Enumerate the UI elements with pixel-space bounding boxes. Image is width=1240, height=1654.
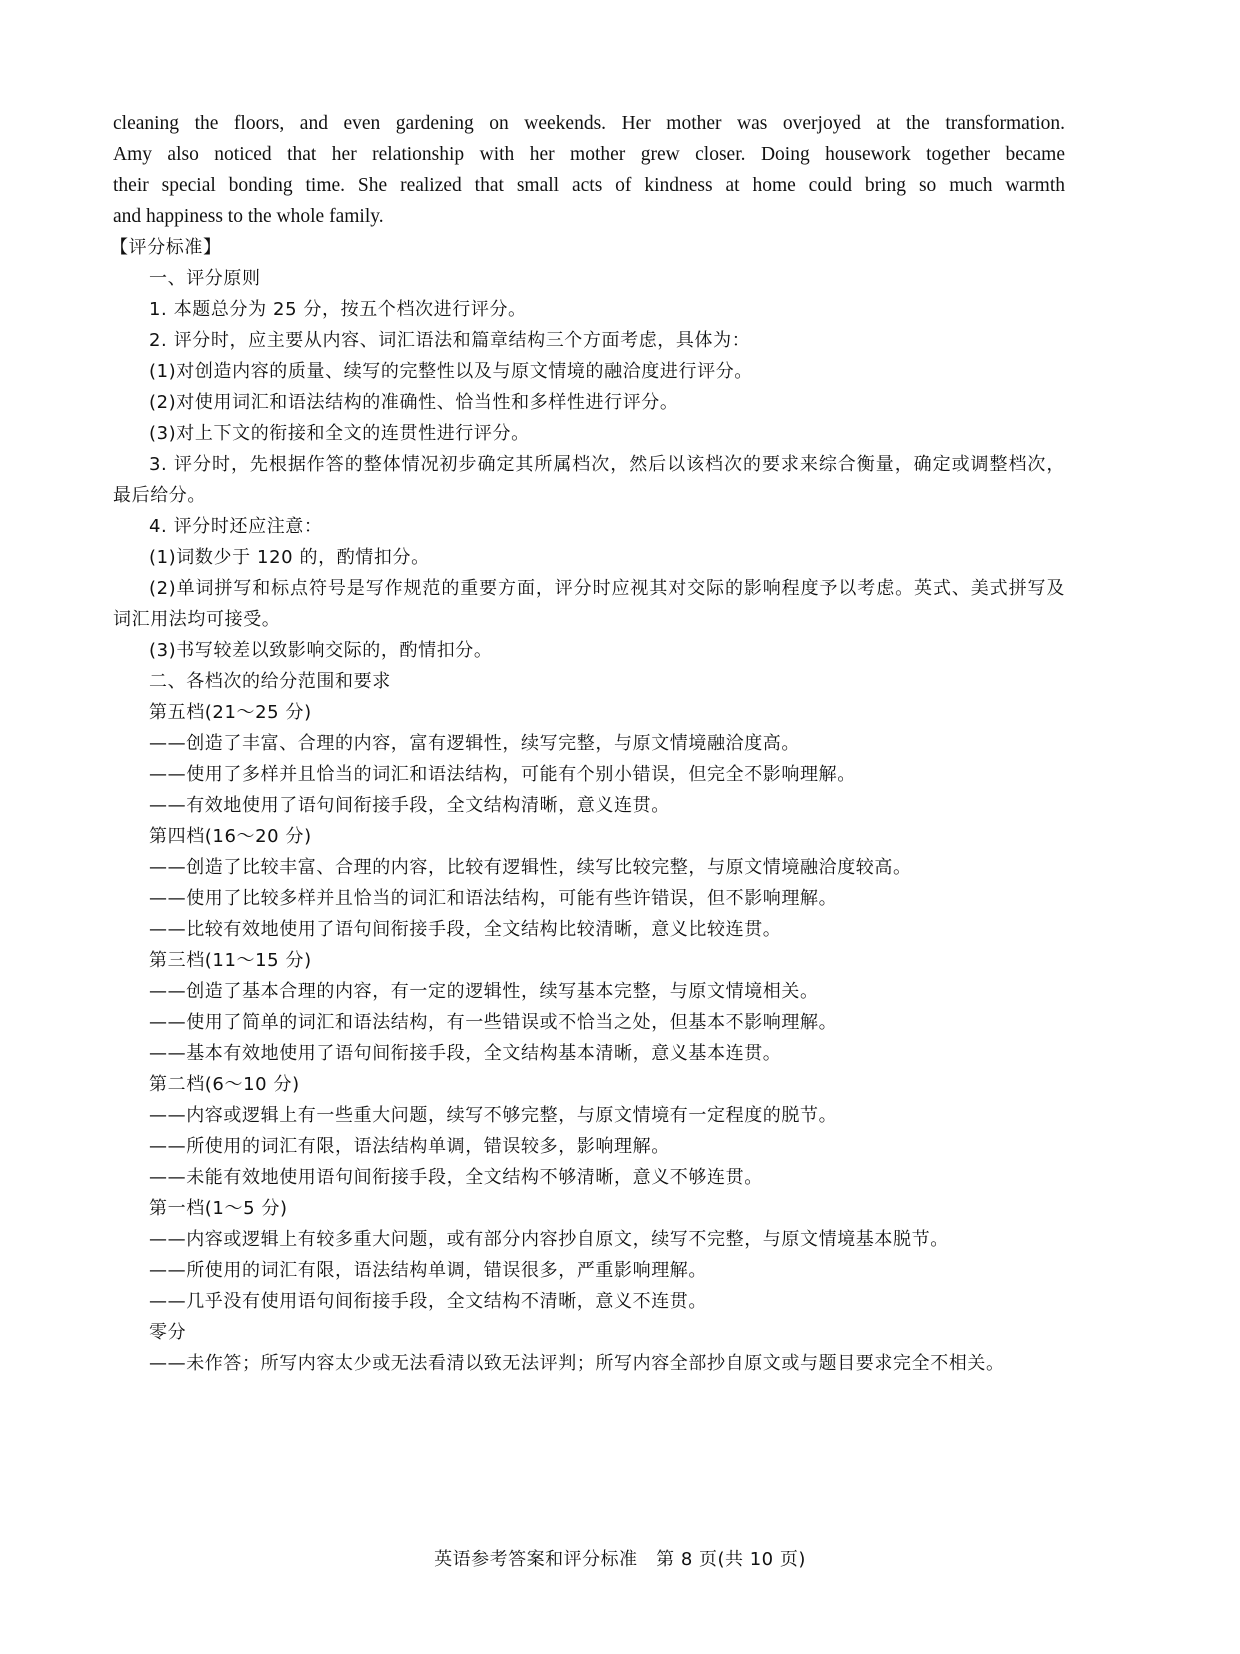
band-label: 第四档(16～20 分) — [113, 821, 1065, 852]
essay-line: and happiness to the whole family. — [113, 201, 1065, 232]
band-4: 第四档(16～20 分) ——创造了比较丰富、合理的内容，比较有逻辑性，续写比较… — [113, 821, 1065, 945]
band-label: 第五档(21～25 分) — [113, 697, 1065, 728]
band-criterion: ——内容或逻辑上有较多重大问题，或有部分内容抄自原文，续写不完整，与原文情境基本… — [113, 1224, 1065, 1255]
principle-item-1: 1. 本题总分为 25 分，按五个档次进行评分。 — [113, 294, 1065, 325]
band-label: 第三档(11～15 分) — [113, 945, 1065, 976]
band-criterion: ——使用了简单的词汇和语法结构，有一些错误或不恰当之处，但基本不影响理解。 — [113, 1007, 1065, 1038]
essay-paragraph: cleaning the floors, and even gardening … — [113, 108, 1065, 232]
page-footer: 英语参考答案和评分标准 第 8 页(共 10 页) — [0, 1545, 1240, 1571]
principle-item-2: 2. 评分时，应主要从内容、词汇语法和篇章结构三个方面考虑，具体为： — [113, 325, 1065, 356]
essay-line: their special bonding time. She realized… — [113, 170, 1065, 201]
band-label: 第一档(1～5 分) — [113, 1193, 1065, 1224]
band-3: 第三档(11～15 分) ——创造了基本合理的内容，有一定的逻辑性，续写基本完整… — [113, 945, 1065, 1069]
section1-heading: 一、评分原则 — [113, 263, 1065, 294]
band-zero: 零分 ——未作答；所写内容太少或无法看清以致无法评判；所写内容全部抄自原文或与题… — [113, 1317, 1065, 1379]
band-criterion: ——创造了丰富、合理的内容，富有逻辑性，续写完整，与原文情境融洽度高。 — [113, 728, 1065, 759]
principle-item-4-sub: (2)单词拼写和标点符号是写作规范的重要方面，评分时应视其对交际的影响程度予以考… — [113, 573, 1065, 635]
band-criterion: ——所使用的词汇有限，语法结构单调，错误较多，影响理解。 — [113, 1131, 1065, 1162]
principle-item-2-sub: (1)对创造内容的质量、续写的完整性以及与原文情境的融洽度进行评分。 — [113, 356, 1065, 387]
band-label: 零分 — [113, 1317, 1065, 1348]
band-criterion: ——创造了比较丰富、合理的内容，比较有逻辑性，续写比较完整，与原文情境融洽度较高… — [113, 852, 1065, 883]
principle-item-4-sub: (1)词数少于 120 的，酌情扣分。 — [113, 542, 1065, 573]
band-criterion: ——内容或逻辑上有一些重大问题，续写不够完整，与原文情境有一定程度的脱节。 — [113, 1100, 1065, 1131]
band-criterion: ——基本有效地使用了语句间衔接手段，全文结构基本清晰，意义基本连贯。 — [113, 1038, 1065, 1069]
band-criterion: ——创造了基本合理的内容，有一定的逻辑性，续写基本完整，与原文情境相关。 — [113, 976, 1065, 1007]
band-1: 第一档(1～5 分) ——内容或逻辑上有较多重大问题，或有部分内容抄自原文，续写… — [113, 1193, 1065, 1317]
band-label: 第二档(6～10 分) — [113, 1069, 1065, 1100]
essay-line: Amy also noticed that her relationship w… — [113, 139, 1065, 170]
band-criterion: ——未能有效地使用语句间衔接手段，全文结构不够清晰，意义不够连贯。 — [113, 1162, 1065, 1193]
band-criterion: ——所使用的词汇有限，语法结构单调，错误很多，严重影响理解。 — [113, 1255, 1065, 1286]
document-page: cleaning the floors, and even gardening … — [113, 108, 1065, 1379]
essay-line: cleaning the floors, and even gardening … — [113, 108, 1065, 139]
band-criterion: ——使用了多样并且恰当的词汇和语法结构，可能有个别小错误，但完全不影响理解。 — [113, 759, 1065, 790]
band-criterion: ——未作答；所写内容太少或无法看清以致无法评判；所写内容全部抄自原文或与题目要求… — [113, 1348, 1065, 1379]
principle-item-4: 4. 评分时还应注意： — [113, 511, 1065, 542]
band-criterion: ——几乎没有使用语句间衔接手段，全文结构不清晰，意义不连贯。 — [113, 1286, 1065, 1317]
section2-heading: 二、各档次的给分范围和要求 — [113, 666, 1065, 697]
band-5: 第五档(21～25 分) ——创造了丰富、合理的内容，富有逻辑性，续写完整，与原… — [113, 697, 1065, 821]
principle-item-3: 3. 评分时，先根据作答的整体情况初步确定其所属档次，然后以该档次的要求来综合衡… — [113, 449, 1065, 511]
principle-item-2-sub: (3)对上下文的衔接和全文的连贯性进行评分。 — [113, 418, 1065, 449]
principle-item-2-sub: (2)对使用词汇和语法结构的准确性、恰当性和多样性进行评分。 — [113, 387, 1065, 418]
band-criterion: ——比较有效地使用了语句间衔接手段，全文结构比较清晰，意义比较连贯。 — [113, 914, 1065, 945]
band-2: 第二档(6～10 分) ——内容或逻辑上有一些重大问题，续写不够完整，与原文情境… — [113, 1069, 1065, 1193]
band-criterion: ——有效地使用了语句间衔接手段，全文结构清晰，意义连贯。 — [113, 790, 1065, 821]
principle-item-4-sub: (3)书写较差以致影响交际的，酌情扣分。 — [113, 635, 1065, 666]
rubric-title: 【评分标准】 — [110, 232, 1065, 263]
band-criterion: ——使用了比较多样并且恰当的词汇和语法结构，可能有些许错误，但不影响理解。 — [113, 883, 1065, 914]
